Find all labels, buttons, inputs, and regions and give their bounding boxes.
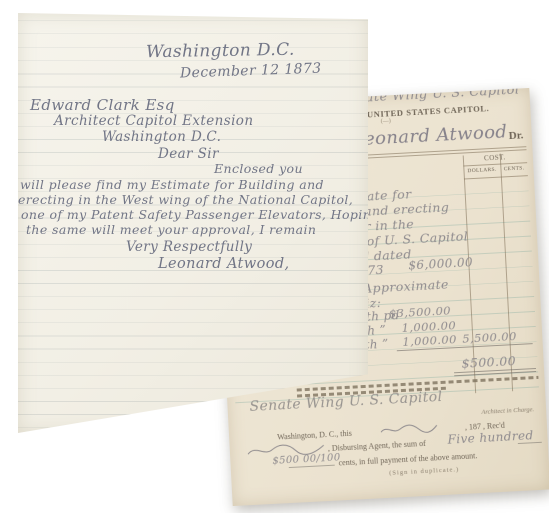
voucher-payee-name: Leonard Atwood — [351, 121, 508, 150]
letter-body-line: the same will meet your approval, I rema… — [26, 222, 316, 237]
letter-body-line: one of my Patent Safety Passenger Elevat… — [21, 207, 380, 222]
letter-salutation: Dear Sir — [158, 146, 219, 162]
voucher-dr-label: Dr. — [508, 129, 523, 142]
photo-of-documents: Senate Wing U. S. Capitol THE UNITED STA… — [0, 0, 549, 513]
blank-underline — [518, 442, 542, 444]
dollars-column-header: DOLLARS. — [463, 167, 500, 175]
letter-document: Washington D.C. December 12 1873 Edward … — [18, 13, 368, 433]
total-amount: $500.00 — [461, 353, 516, 371]
letter-recipient-title: Architect Capitol Extension — [54, 113, 253, 129]
voucher-title-note: (—) — [381, 118, 391, 125]
letter-body-line: Enclosed you — [214, 161, 303, 176]
letter-place: Washington D.C. — [146, 40, 295, 63]
approval-note: Architect in Charge. — [481, 406, 534, 416]
letter-closing: Very Respectfully — [126, 239, 252, 255]
letter-date: December 12 1873 — [180, 61, 322, 82]
receipt-line3-text: cents, in full payment of the above amou… — [338, 451, 477, 467]
payment-amount: 1,000.00 — [402, 332, 457, 349]
letter-body-line: erecting in the West wing of the Nationa… — [18, 192, 353, 207]
receipt-footer-note: (Sign in duplicate.) — [369, 465, 479, 478]
receipt-line2-text: , Disbursing Agent, the sum of — [328, 439, 426, 453]
letter-body-line: will please find my Estimate for Buildin… — [20, 177, 324, 192]
letter-signature: Leonard Atwood, — [158, 256, 290, 272]
cents-column-header: CENTS. — [500, 165, 527, 172]
letter-recipient-city: Washington D.C. — [102, 129, 221, 145]
payment-subtotal: 5,500.00 — [462, 329, 517, 346]
handwritten-date-squiggle — [379, 420, 440, 437]
letter-recipient-name: Edward Clark Esq — [30, 96, 175, 114]
receipt-amount-words: Five hundred — [447, 428, 534, 446]
